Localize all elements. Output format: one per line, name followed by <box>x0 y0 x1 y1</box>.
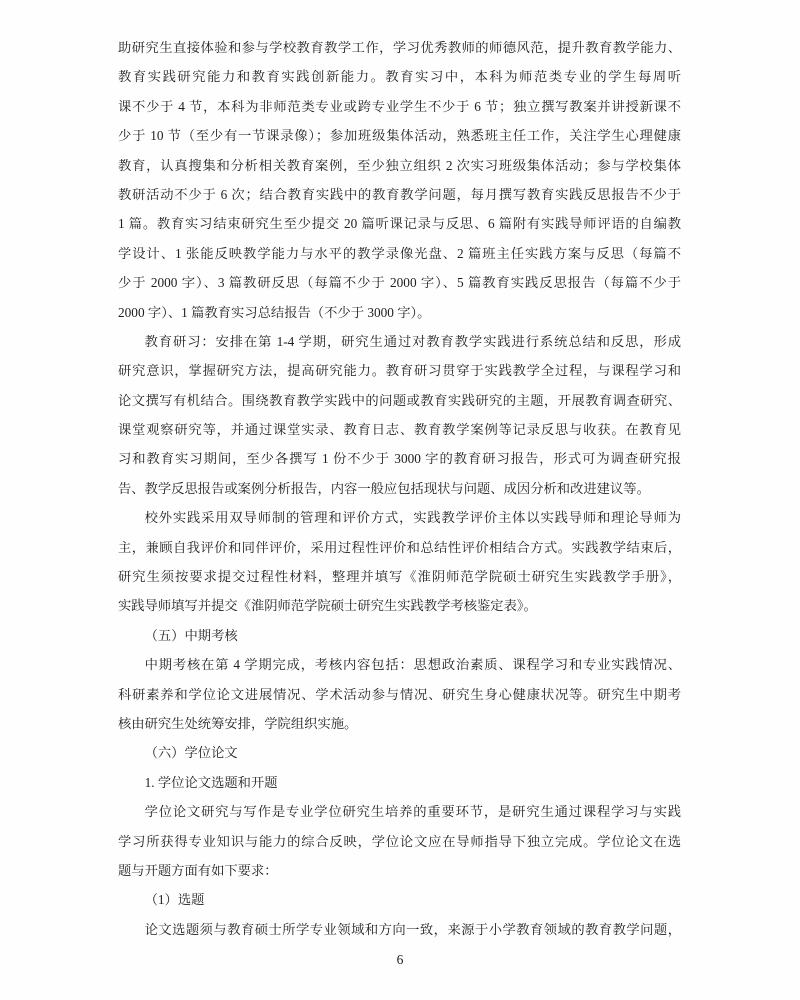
text-line: （六）学位论文 <box>118 738 681 767</box>
paragraph: 中期考核在第 4 学期完成，考核内容包括：思想政治素质、课程学习和专业实践情况、… <box>118 650 681 738</box>
paragraph: 教育研习：安排在第 1-4 学期，研究生通过对教育教学实践进行系统总结和反思，形… <box>118 327 681 503</box>
page-number: 6 <box>0 945 800 974</box>
text-line: 课不少于 4 节，本科为非师范类专业或跨专业学生不少于 6 节；独立撰写教案并讲… <box>118 92 681 121</box>
text-line: （五）中期考核 <box>118 621 681 650</box>
paragraph: 1. 学位论文选题和开题 <box>118 768 681 797</box>
paragraph: （五）中期考核 <box>118 621 681 650</box>
text-line: 核由研究生处统筹安排，学院组织实施。 <box>118 709 681 738</box>
text-line: 1. 学位论文选题和开题 <box>118 768 681 797</box>
text-line: 课堂观察研究等，并通过课堂实录、教育日志、教育教学案例等记录反思与收获。在教育见 <box>118 415 681 444</box>
text-line: 学习所获得专业知识与能力的综合反映，学位论文应在导师指导下独立完成。学位论文在选 <box>118 827 681 856</box>
text-line: 科研素养和学位论文进展情况、学术活动参与情况、研究生身心健康状况等。研究生中期考 <box>118 680 681 709</box>
text-line: 研究意识，掌握研究方法，提高研究能力。教育研习贯穿于实践教学全过程，与课程学习和 <box>118 356 681 385</box>
text-line: 题与开题方面有如下要求： <box>118 856 681 885</box>
text-line: （1）选题 <box>118 885 681 914</box>
paragraph: 学位论文研究与写作是专业学位研究生培养的重要环节，是研究生通过课程学习与实践学习… <box>118 797 681 885</box>
text-line: 1 篇。教育实习结束研究生至少提交 20 篇听课记录与反思、6 篇附有实践导师评… <box>118 209 681 238</box>
document-body: 助研究生直接体验和参与学校教育教学工作，学习优秀教师的师德风范，提升教育教学能力… <box>118 33 681 944</box>
document-page: 助研究生直接体验和参与学校教育教学工作，学习优秀教师的师德风范，提升教育教学能力… <box>0 0 800 1000</box>
text-line: 中期考核在第 4 学期完成，考核内容包括：思想政治素质、课程学习和专业实践情况、 <box>118 650 681 679</box>
paragraph: 校外实践采用双导师制的管理和评价方式，实践教学评价主体以实践导师和理论导师为主，… <box>118 503 681 621</box>
text-line: 告、教学反思报告或案例分析报告，内容一般应包括现状与问题、成因分析和改进建议等。 <box>118 474 681 503</box>
text-line: 2000 字）、1 篇教育实习总结报告（不少于 3000 字）。 <box>118 298 681 327</box>
text-line: 少于 10 节（至少有一节课录像）；参加班级集体活动，熟悉班主任工作，关注学生心… <box>118 121 681 150</box>
paragraph: 论文选题须与教育硕士所学专业领域和方向一致，来源于小学教育领域的教育教学问题， <box>118 915 681 944</box>
text-line: 主，兼顾自我评价和同伴评价，采用过程性评价和总结性评价相结合方式。实践教学结束后… <box>118 533 681 562</box>
text-line: 助研究生直接体验和参与学校教育教学工作，学习优秀教师的师德风范，提升教育教学能力… <box>118 33 681 62</box>
text-line: 学设计、1 张能反映教学能力与水平的教学录像光盘、2 篇班主任实践方案与反思（每… <box>118 239 681 268</box>
text-line: 教育实践研究能力和教育实践创新能力。教育实习中，本科为师范类专业的学生每周听 <box>118 62 681 91</box>
text-line: 论文撰写有机结合。围绕教育教学实践中的问题或教育实践研究的主题，开展教育调查研究… <box>118 386 681 415</box>
text-line: 少于 2000 字）、3 篇教研反思（每篇不少于 2000 字）、5 篇教育实践… <box>118 268 681 297</box>
paragraph: 助研究生直接体验和参与学校教育教学工作，学习优秀教师的师德风范，提升教育教学能力… <box>118 33 681 327</box>
text-line: 实践导师填写并提交《淮阴师范学院硕士研究生实践教学考核鉴定表》。 <box>118 591 681 620</box>
text-line: 研究生须按要求提交过程性材料，整理并填写《淮阴师范学院硕士研究生实践教学手册》， <box>118 562 681 591</box>
text-line: 论文选题须与教育硕士所学专业领域和方向一致，来源于小学教育领域的教育教学问题， <box>118 915 681 944</box>
paragraph: （1）选题 <box>118 885 681 914</box>
text-line: 教育，认真搜集和分析相关教育案例，至少独立组织 2 次实习班级集体活动；参与学校… <box>118 151 681 180</box>
text-line: 教研活动不少于 6 次；结合教育实践中的教育教学问题，每月撰写教育实践反思报告不… <box>118 180 681 209</box>
text-line: 校外实践采用双导师制的管理和评价方式，实践教学评价主体以实践导师和理论导师为 <box>118 503 681 532</box>
text-line: 学位论文研究与写作是专业学位研究生培养的重要环节，是研究生通过课程学习与实践 <box>118 797 681 826</box>
paragraph: （六）学位论文 <box>118 738 681 767</box>
text-line: 教育研习：安排在第 1-4 学期，研究生通过对教育教学实践进行系统总结和反思，形… <box>118 327 681 356</box>
text-line: 习和教育实习期间，至少各撰写 1 份不少于 3000 字的教育研习报告，形式可为… <box>118 444 681 473</box>
